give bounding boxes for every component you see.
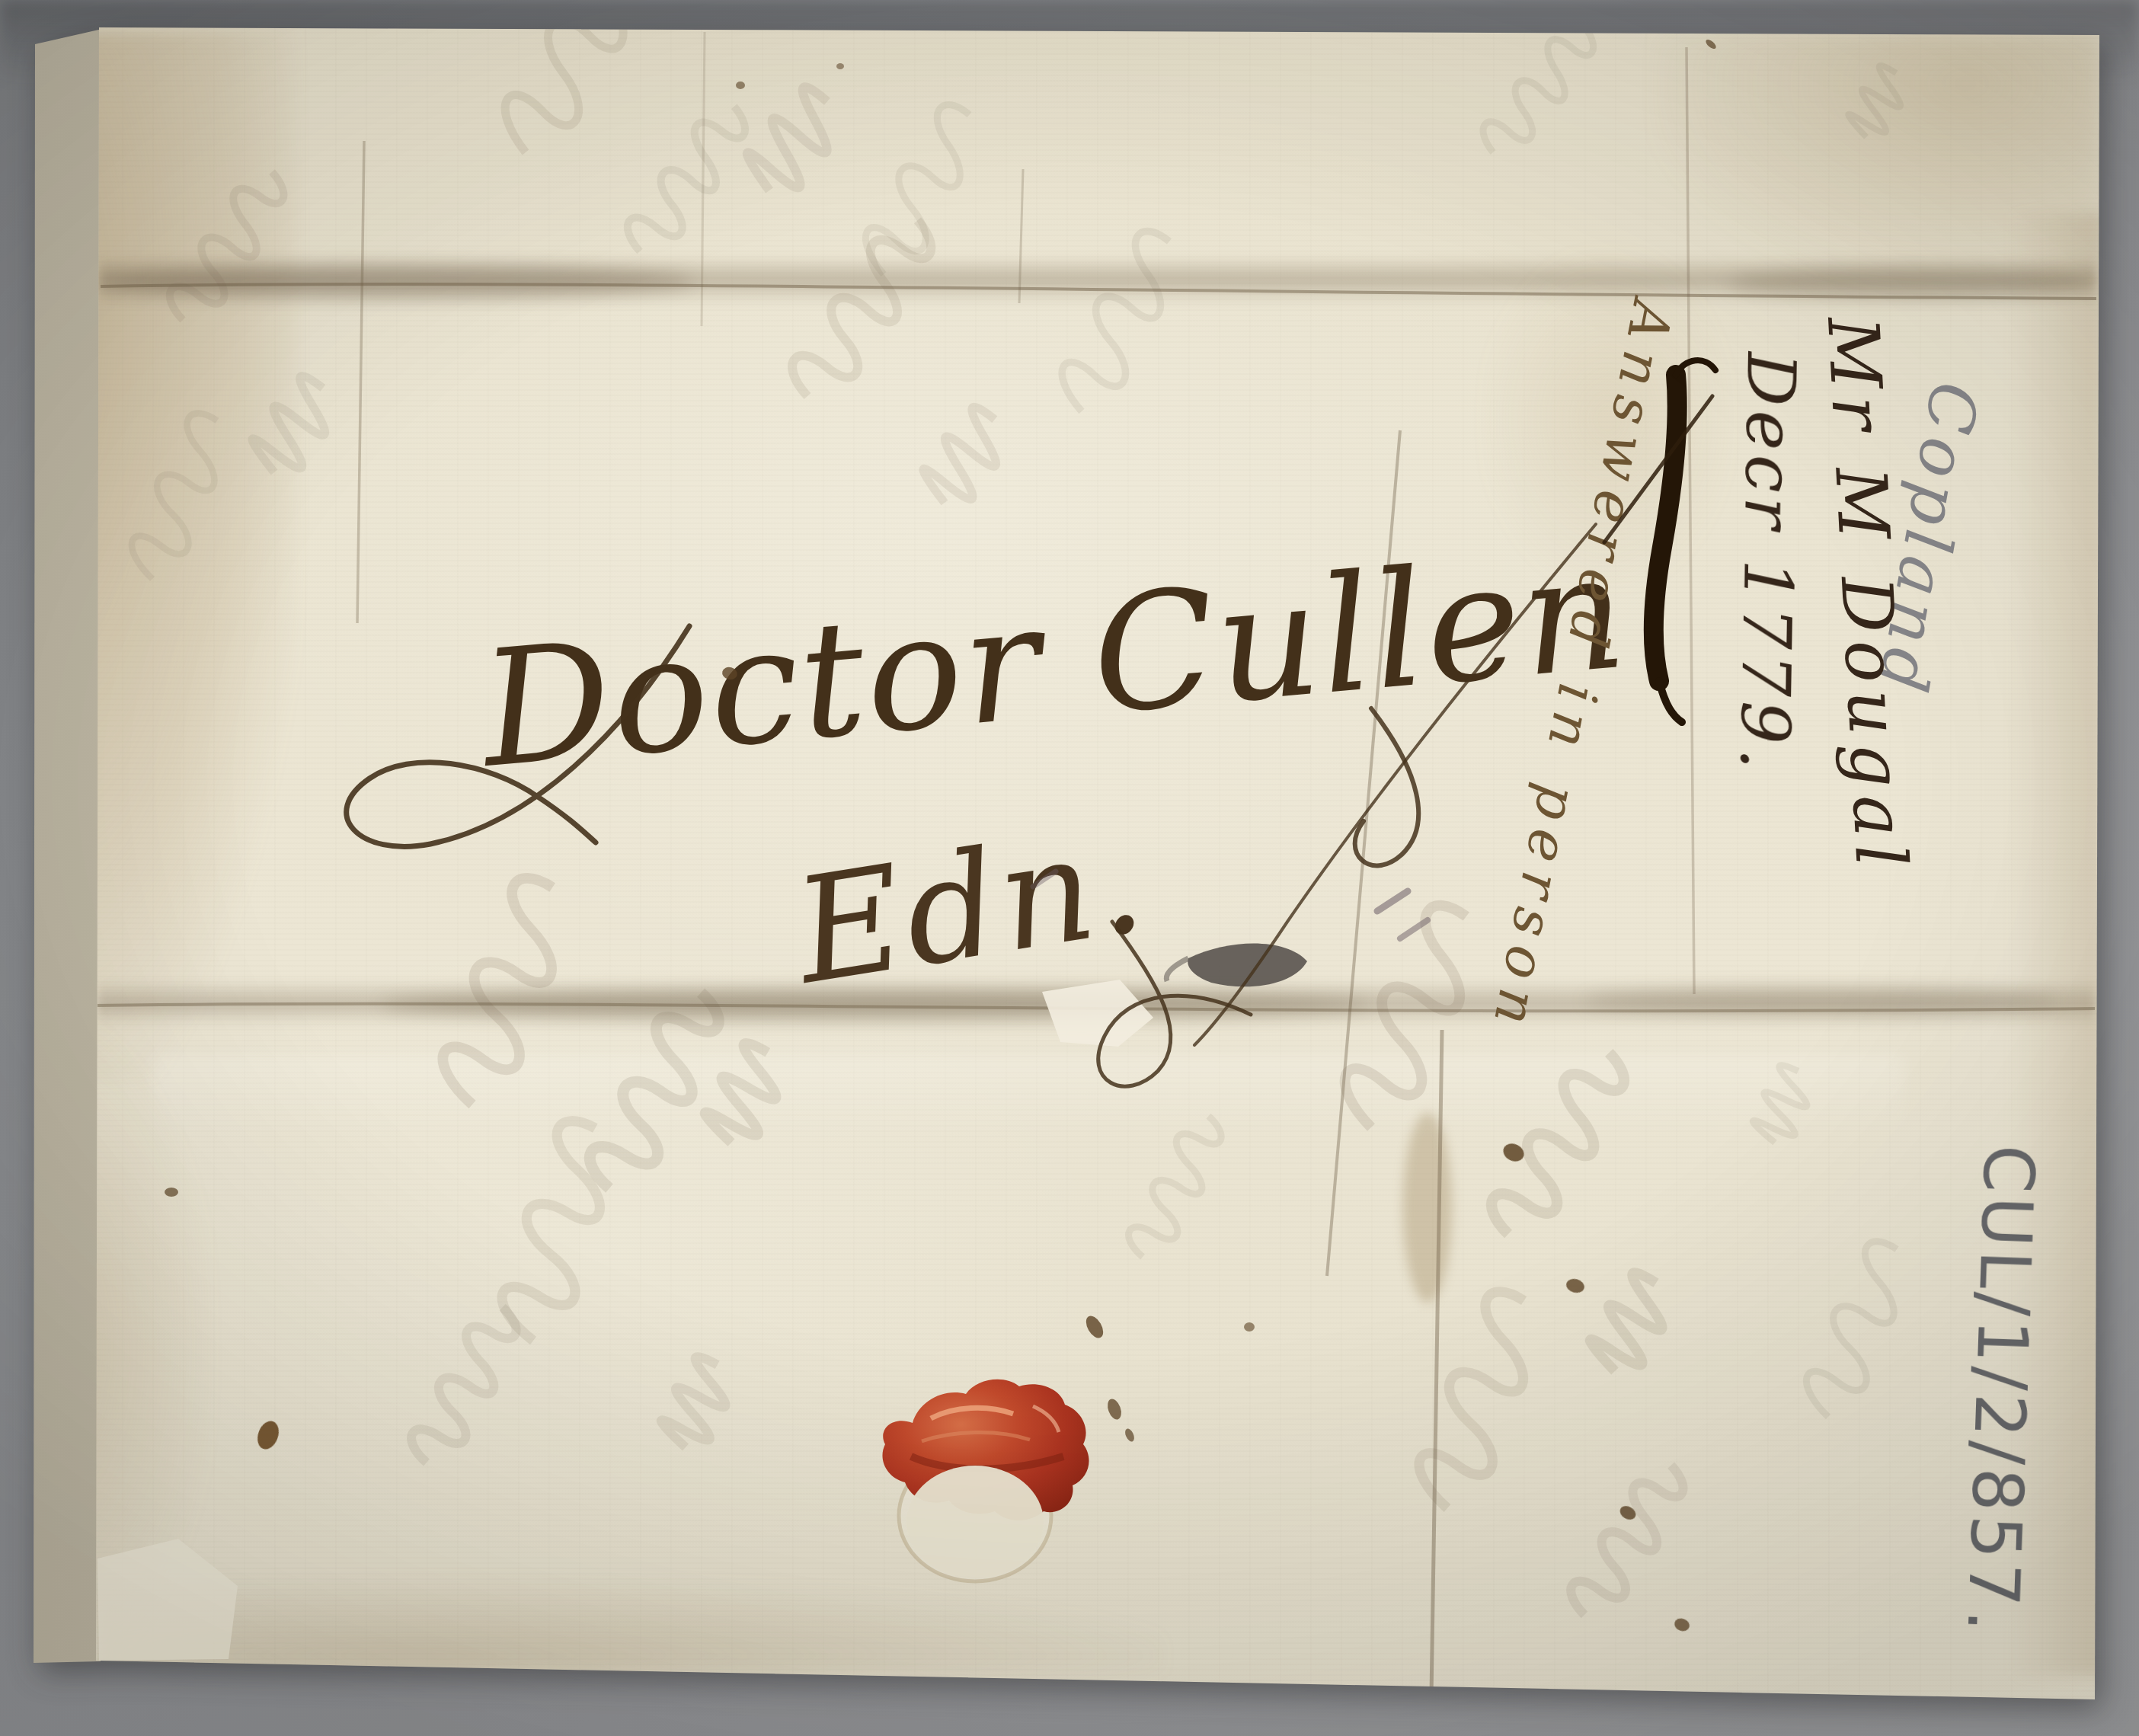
photo-of-letter: Doctor Cullen Edn. Copland Mr M Dougal D… — [0, 0, 2139, 1736]
letter-paper — [0, 0, 2139, 1736]
letter-sheets — [0, 0, 2139, 1736]
paper-surface — [0, 0, 2139, 1736]
